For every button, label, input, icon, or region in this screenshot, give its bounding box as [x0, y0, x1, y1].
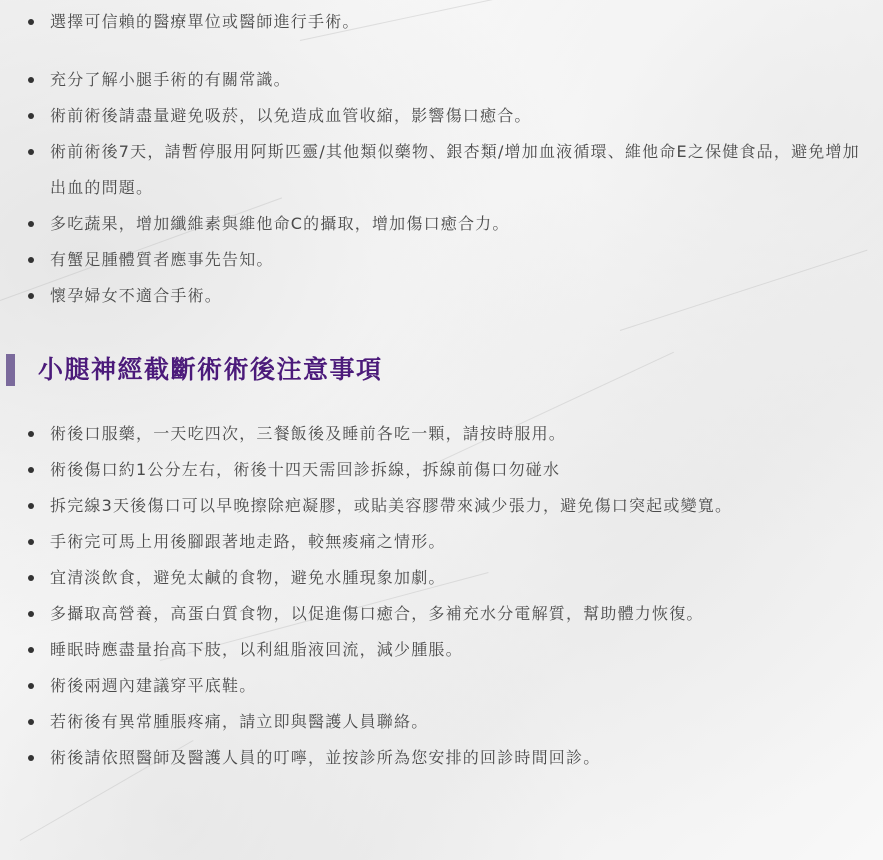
bullet-icon	[28, 575, 34, 581]
bullet-icon	[28, 503, 34, 509]
list-item-text: 術前術後7天，請暫停服用阿斯匹靈/其他類似藥物、銀杏類/增加血液循環、維他命E之…	[50, 142, 860, 197]
list-item-text: 懷孕婦女不適合手術。	[50, 286, 222, 305]
list-item: 睡眠時應盡量抬高下肢，以利組脂液回流，減少腫脹。	[0, 632, 883, 668]
list-item-text: 多吃蔬果，增加纖維素與維他命C的攝取，增加傷口癒合力。	[50, 214, 510, 233]
list-item: 若術後有異常腫脹疼痛，請立即與醫護人員聯絡。	[0, 704, 883, 740]
list-item: 術前術後請盡量避免吸菸，以免造成血管收縮，影響傷口癒合。	[0, 98, 883, 134]
list-item: 術後請依照醫師及醫護人員的叮嚀，並按診所為您安排的回診時間回診。	[0, 740, 883, 776]
list-item: 術後口服藥，一天吃四次，三餐飯後及睡前各吃一顆，請按時服用。	[0, 416, 883, 452]
bullet-icon	[28, 293, 34, 299]
list-item-text: 術前術後請盡量避免吸菸，以免造成血管收縮，影響傷口癒合。	[50, 106, 532, 125]
list-item: 術前術後7天，請暫停服用阿斯匹靈/其他類似藥物、銀杏類/增加血液循環、維他命E之…	[0, 134, 883, 206]
list-item-text: 多攝取高營養，高蛋白質食物，以促進傷口癒合，多補充水分電解質，幫助體力恢復。	[50, 604, 704, 623]
bullet-icon	[28, 647, 34, 653]
bullet-icon	[28, 539, 34, 545]
bullet-icon	[28, 683, 34, 689]
list-item-text: 術後傷口約1公分左右，術後十四天需回診拆線，拆線前傷口勿碰水	[50, 460, 560, 479]
bullet-icon	[28, 719, 34, 725]
list-item-text: 拆完線3天後傷口可以早晚擦除疤凝膠，或貼美容膠帶來減少張力，避免傷口突起或變寬。	[50, 496, 732, 515]
bullet-icon	[28, 257, 34, 263]
list-item-text: 若術後有異常腫脹疼痛，請立即與醫護人員聯絡。	[50, 712, 428, 731]
bullet-icon	[28, 149, 34, 155]
bullet-icon	[28, 19, 34, 25]
pre-surgery-list-part2: 充分了解小腿手術的有關常識。 術前術後請盡量避免吸菸，以免造成血管收縮，影響傷口…	[0, 62, 883, 314]
list-item-text: 術後請依照醫師及醫護人員的叮嚀，並按診所為您安排的回診時間回診。	[50, 748, 600, 767]
section-heading: 小腿神經截斷術術後注意事項	[0, 352, 883, 388]
list-item: 宜清淡飲食，避免太鹹的食物，避免水腫現象加劇。	[0, 560, 883, 596]
bullet-icon	[28, 113, 34, 119]
list-item: 多攝取高營養，高蛋白質食物，以促進傷口癒合，多補充水分電解質，幫助體力恢復。	[0, 596, 883, 632]
heading-accent-bar	[6, 354, 15, 386]
bullet-icon	[28, 755, 34, 761]
bullet-icon	[28, 467, 34, 473]
list-item-text: 術後口服藥，一天吃四次，三餐飯後及睡前各吃一顆，請按時服用。	[50, 424, 566, 443]
list-item: 有蟹足腫體質者應事先告知。	[0, 242, 883, 278]
list-item: 拆完線3天後傷口可以早晚擦除疤凝膠，或貼美容膠帶來減少張力，避免傷口突起或變寬。	[0, 488, 883, 524]
list-item-text: 術後兩週內建議穿平底鞋。	[50, 676, 256, 695]
list-item: 充分了解小腿手術的有關常識。	[0, 62, 883, 98]
list-item-text: 選擇可信賴的醫療單位或醫師進行手術。	[50, 12, 360, 31]
bullet-icon	[28, 221, 34, 227]
pre-surgery-list-part1: 選擇可信賴的醫療單位或醫師進行手術。	[0, 4, 883, 40]
section-title: 小腿神經截斷術術後注意事項	[38, 352, 383, 388]
list-item-text: 充分了解小腿手術的有關常識。	[50, 70, 291, 89]
bullet-icon	[28, 431, 34, 437]
list-item: 術後傷口約1公分左右，術後十四天需回診拆線，拆線前傷口勿碰水	[0, 452, 883, 488]
bullet-icon	[28, 611, 34, 617]
bullet-icon	[28, 77, 34, 83]
list-item: 多吃蔬果，增加纖維素與維他命C的攝取，增加傷口癒合力。	[0, 206, 883, 242]
list-item-text: 睡眠時應盡量抬高下肢，以利組脂液回流，減少腫脹。	[50, 640, 463, 659]
list-item-text: 手術完可馬上用後腳跟著地走路，較無痠痛之情形。	[50, 532, 446, 551]
list-item: 選擇可信賴的醫療單位或醫師進行手術。	[0, 4, 883, 40]
list-item-text: 宜清淡飲食，避免太鹹的食物，避免水腫現象加劇。	[50, 568, 446, 587]
list-item: 術後兩週內建議穿平底鞋。	[0, 668, 883, 704]
post-surgery-list: 術後口服藥，一天吃四次，三餐飯後及睡前各吃一顆，請按時服用。 術後傷口約1公分左…	[0, 416, 883, 776]
list-item: 懷孕婦女不適合手術。	[0, 278, 883, 314]
list-item-text: 有蟹足腫體質者應事先告知。	[50, 250, 274, 269]
list-item: 手術完可馬上用後腳跟著地走路，較無痠痛之情形。	[0, 524, 883, 560]
